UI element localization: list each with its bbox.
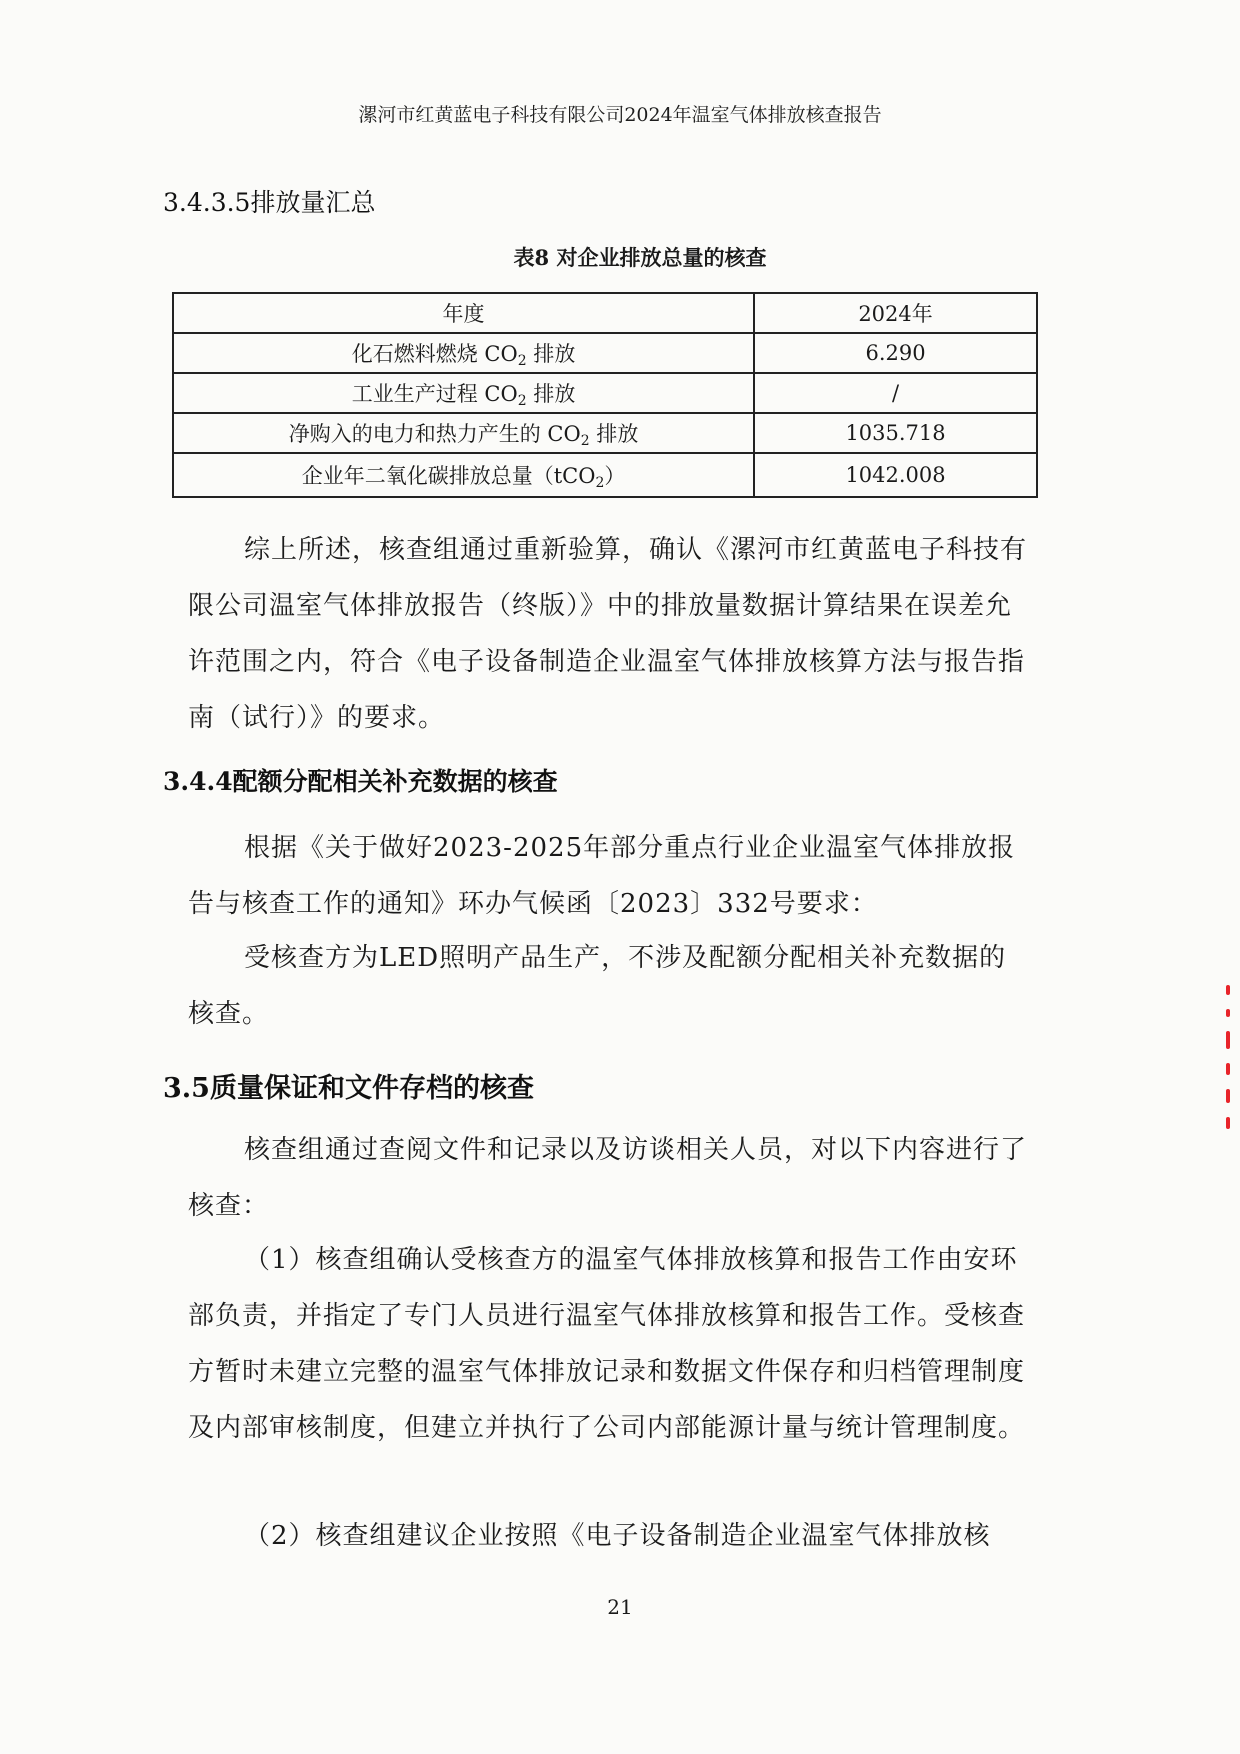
led-paragraph: 受核查方为LED照明产品生产，不涉及配额分配相关补充数据的核查。 <box>188 930 1028 1042</box>
subscript: 2 <box>518 353 527 369</box>
perforation-seal-mark <box>1226 985 1232 1165</box>
seal-fragment <box>1226 1009 1230 1017</box>
subscript: 2 <box>581 433 590 449</box>
row-label: 化石燃料燃烧 CO2 排放 <box>173 333 754 373</box>
table-row: 工业生产过程 CO2 排放 / <box>173 373 1037 413</box>
row-label-text: ） <box>604 464 625 488</box>
row-label: 净购入的电力和热力产生的 CO2 排放 <box>173 413 754 453</box>
table-caption: 表8 对企业排放总量的核查 <box>0 242 1240 272</box>
seal-fragment <box>1226 1031 1230 1049</box>
document-page: 漯河市红黄蓝电子科技有限公司2024年温室气体排放核查报告 3.4.3.5排放量… <box>0 0 1240 1754</box>
emissions-summary-table: 年度 2024年 化石燃料燃烧 CO2 排放 6.290 工业生产过程 CO2 … <box>172 292 1038 498</box>
row-value: 6.290 <box>754 333 1037 373</box>
row-label-text: 化石燃料燃烧 CO <box>352 342 518 366</box>
row-value: 1042.008 <box>754 453 1037 497</box>
seal-fragment <box>1226 1117 1230 1129</box>
section-heading-344: 3.4.4配额分配相关补充数据的核查 <box>163 762 558 798</box>
table-header-label: 年度 <box>173 293 754 333</box>
seal-fragment <box>1226 1063 1230 1075</box>
running-header: 漯河市红黄蓝电子科技有限公司2024年温室气体排放核查报告 <box>0 100 1240 127</box>
qa-item-2-paragraph: （2）核查组建议企业按照《电子设备制造企业温室气体排放核 <box>188 1508 1028 1564</box>
section-heading-35: 3.5质量保证和文件存档的核查 <box>163 1066 534 1105</box>
row-value: 1035.718 <box>754 413 1037 453</box>
row-label-text: 排放 <box>527 342 576 366</box>
seal-fragment <box>1226 985 1230 995</box>
page-number: 21 <box>0 1595 1240 1619</box>
qa-item-1-paragraph: （1）核查组确认受核查方的温室气体排放核算和报告工作由安环部负责，并指定了专门人… <box>188 1232 1028 1456</box>
qa-intro-paragraph: 核查组通过查阅文件和记录以及访谈相关人员，对以下内容进行了核查： <box>188 1122 1028 1234</box>
section-heading-3435: 3.4.3.5排放量汇总 <box>163 183 375 219</box>
row-label: 企业年二氧化碳排放总量（tCO2） <box>173 453 754 497</box>
table-row: 化石燃料燃烧 CO2 排放 6.290 <box>173 333 1037 373</box>
row-label-text: 排放 <box>590 422 639 446</box>
table-header-value: 2024年 <box>754 293 1037 333</box>
table-row-total: 企业年二氧化碳排放总量（tCO2） 1042.008 <box>173 453 1037 497</box>
row-label-text: 净购入的电力和热力产生的 CO <box>289 422 581 446</box>
row-label-text: 排放 <box>527 382 576 406</box>
table-header-row: 年度 2024年 <box>173 293 1037 333</box>
row-label: 工业生产过程 CO2 排放 <box>173 373 754 413</box>
row-label-text: 企业年二氧化碳排放总量（tCO <box>302 464 596 488</box>
summary-paragraph: 综上所述，核查组通过重新验算，确认《漯河市红黄蓝电子科技有限公司温室气体排放报告… <box>188 522 1028 746</box>
row-value: / <box>754 373 1037 413</box>
seal-fragment <box>1226 1089 1230 1103</box>
row-label-text: 工业生产过程 CO <box>352 382 518 406</box>
subscript: 2 <box>518 393 527 409</box>
table-row: 净购入的电力和热力产生的 CO2 排放 1035.718 <box>173 413 1037 453</box>
basis-paragraph: 根据《关于做好2023-2025年部分重点行业企业温室气体排放报告与核查工作的通… <box>188 820 1028 932</box>
